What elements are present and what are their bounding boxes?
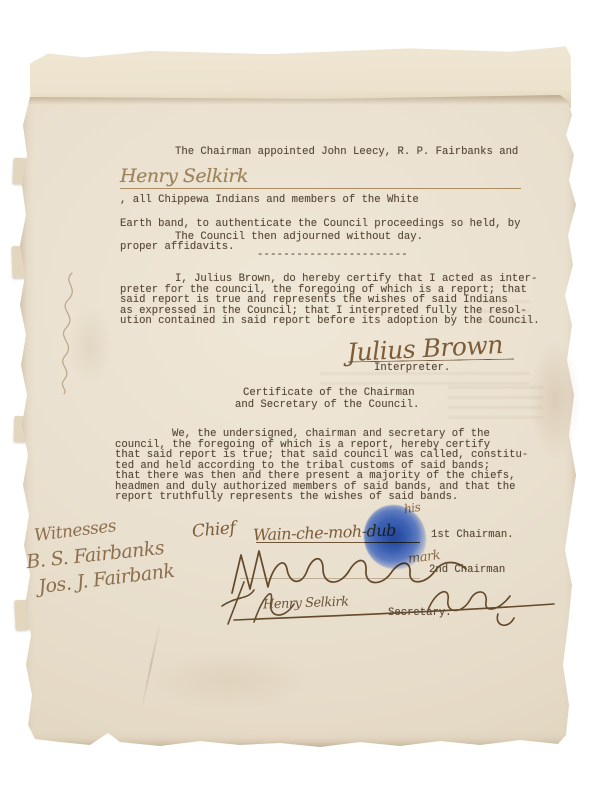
typed-line: I, Julius Brown, do hereby certify that … — [120, 274, 540, 285]
interpreter-label: Interpreter. — [374, 362, 450, 374]
witnesses-heading: Witnesses — [33, 516, 117, 546]
typed-line: Certificate of the Chairman — [240, 388, 419, 400]
typed-line: and Secretary of the Council. — [235, 400, 419, 412]
first-chairman-label: 1st Chairman. — [431, 529, 514, 541]
typed-separator: ----------------------- — [257, 249, 408, 261]
typed-line: The Chairman appointed John Leecy, R. P.… — [120, 141, 521, 165]
typed-line: said report is true and represents the w… — [120, 295, 540, 306]
scanned-document-photo: The Chairman appointed John Leecy, R. P.… — [0, 0, 600, 800]
second-chairman-label: 2nd Chairman — [429, 564, 505, 576]
typed-line: that said report is true; that said coun… — [115, 450, 528, 461]
typed-line-with-handwritten-name: Henry Selkirk, all Chippewa Indians and … — [120, 165, 521, 213]
typed-line: We, the undersigned, chairman and secret… — [115, 429, 528, 440]
adjourn-line: The Council then adjourned without day. — [175, 231, 423, 243]
paragraph-certificate: We, the undersigned, chairman and secret… — [115, 429, 528, 503]
paragraph-interpreter-certification: I, Julius Brown, do hereby certify that … — [120, 274, 540, 327]
margin-handwriting-scrawl — [52, 268, 92, 396]
signature-henry-selkirk: Henry Selkirk — [263, 595, 349, 613]
handwritten-name-henry-selkirk: Henry Selkirk — [120, 165, 521, 190]
typed-line: that there was then and there present a … — [115, 471, 528, 482]
typed-line: report truthfully represents the wishes … — [115, 492, 528, 503]
typed-line: , all Chippewa Indians and members of th… — [120, 189, 521, 213]
typed-line: ution contained in said report before it… — [120, 316, 540, 327]
handwritten-chief: Chief — [191, 518, 236, 542]
certificate-heading: Certificate of the Chairman and Secretar… — [240, 388, 419, 411]
ink-thumbprint — [364, 505, 426, 569]
secretary-label: Secretary. — [388, 607, 452, 619]
